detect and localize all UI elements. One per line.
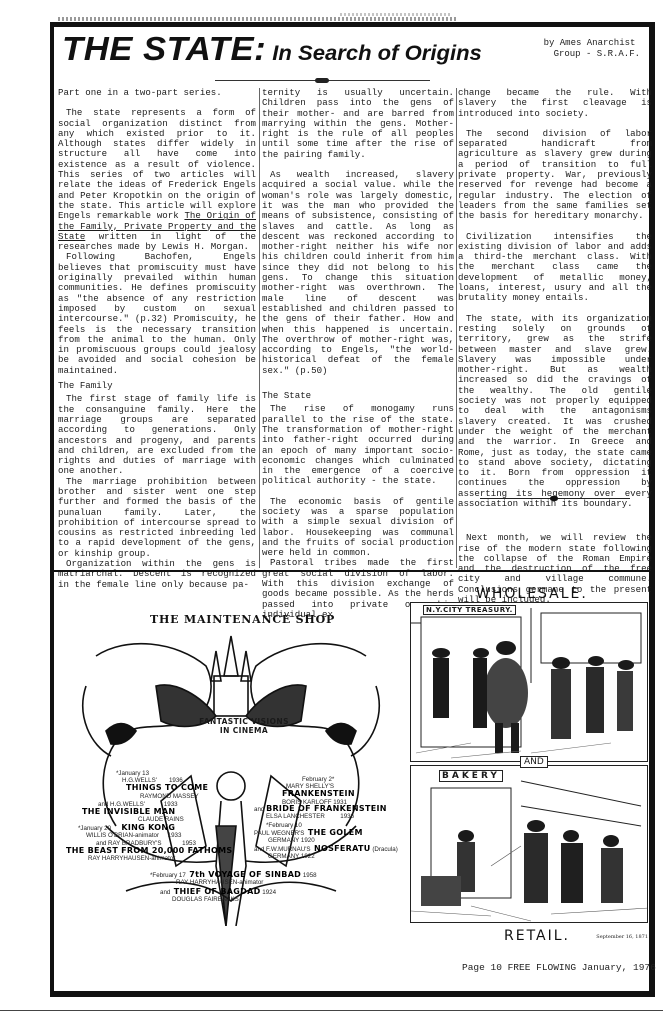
title-main: THE STATE: — [62, 30, 266, 67]
cartoon-caption-bottom: RETAIL. — [504, 928, 570, 944]
column-divider — [456, 88, 457, 568]
ornamental-rule — [215, 80, 430, 81]
article-header: THE STATE: In Search of Origins by Ames … — [60, 30, 650, 72]
scan-artifact — [340, 13, 450, 16]
film-title: 7th VOYAGE OF SINBAD — [189, 870, 301, 879]
paragraph: Civilization intensifies the existing di… — [458, 232, 652, 304]
article-column-1: Part one in a two-part series. The state… — [58, 88, 256, 590]
film-title: NOSFERATU — [314, 844, 371, 853]
film-date: *February 17 — [150, 872, 186, 879]
paragraph: change became the rule. With slavery the… — [458, 88, 652, 119]
paragraph: The second division of labor separated h… — [458, 129, 652, 222]
paragraph: The state represents a form of social or… — [58, 108, 256, 252]
column-divider — [259, 88, 260, 568]
film-year: 1958 — [303, 872, 317, 879]
article-column-3: change became the rule. With slavery the… — [458, 88, 652, 605]
film-note: WILLIS O'BRIAN-animator — [86, 832, 159, 839]
film-title: THE GOLEM — [308, 828, 363, 837]
cartoon-date: September 16, 1871 — [596, 934, 648, 940]
film-credit: and — [254, 806, 264, 813]
film-note: RAY HARRYHAUSEN-animator — [150, 879, 317, 886]
film-title: THE BEAST FROM 20,000 FATHOMS — [66, 846, 232, 855]
cartoon-caption-top: WHOLESALE. — [476, 586, 588, 602]
paragraph: The economic basis of gentile society wa… — [262, 497, 454, 559]
film-year: 1924 — [262, 889, 276, 896]
tagline-line: IN CINEMA — [194, 726, 294, 735]
film-title: THE INVISIBLE MAN — [82, 807, 175, 816]
paragraph: Organization within the gens is matriarc… — [58, 559, 256, 590]
film-year: 1933 — [168, 832, 182, 839]
title-subtitle: In Search of Origins — [266, 42, 482, 65]
byline-line: by Ames Anarchist — [544, 38, 640, 49]
cartoon-panel-wholesale: N.Y.CITY TREASURY. — [410, 602, 648, 762]
film-note: RAY HARRYHAUSEN-animator — [66, 855, 232, 862]
film-listing: and H.G.WELLS' 1933 THE INVISIBLE MAN CL… — [82, 801, 184, 824]
film-title: KING KONG — [121, 823, 175, 832]
film-series-poster: THE MAINTENANCE SHOP FANTASTIC VISIONS I… — [66, 592, 396, 932]
film-title: FRANKENSTEIN — [282, 789, 355, 798]
paragraph: ternity is usually uncertain. Children p… — [262, 88, 454, 160]
cartoon-panel-retail: BAKERY — [410, 765, 648, 923]
political-cartoon: WHOLESALE. N.Y.CITY TREASURY. AND — [406, 586, 652, 954]
page-folio: Page 10 FREE FLOWING January, 1976 — [462, 962, 656, 973]
section-heading: The State — [262, 391, 454, 401]
film-listing: *January 20 KING KONG WILLIS O'BRIAN-ani… — [78, 824, 181, 839]
paragraph: As wealth increased, slavery acquired a … — [262, 170, 454, 376]
film-note: RAYMOND MASSEY — [116, 793, 208, 800]
film-credit: and — [160, 889, 170, 896]
film-listing: February 2* MARY SHELLY'S FRANKENSTEIN B… — [262, 776, 355, 806]
film-listing: and THIEF OF BAGDAD 1924 DOUGLAS FAIRBAN… — [160, 888, 276, 903]
footer-rule — [0, 1010, 663, 1011]
film-note: ELSA LANCHESTER — [266, 813, 325, 820]
paragraph: The marriage prohibition between brother… — [58, 477, 256, 559]
film-listing: and F.W.MURNAU'S NOSFERATU (Dracula) GER… — [254, 845, 398, 860]
treasury-scene-illustration — [411, 603, 648, 762]
film-note: GERMANY 1922 — [254, 853, 398, 860]
scan-artifact — [58, 17, 458, 21]
film-credit: PAUL WEGNER'S — [254, 830, 304, 837]
bakery-scene-illustration — [411, 766, 648, 923]
film-year: 1936 — [340, 813, 354, 820]
film-listing: and RAY BRADBURY'S 1953 THE BEAST FROM 2… — [66, 840, 232, 863]
paragraph: The first stage of family life is the co… — [58, 394, 256, 476]
article-title: THE STATE: In Search of Origins — [62, 30, 482, 68]
film-title: BRIDE OF FRANKENSTEIN — [266, 804, 387, 813]
film-title: THINGS TO COME — [126, 783, 208, 792]
paragraph-text: written in light of the researches made … — [58, 231, 256, 252]
film-listing: *January 13 H.G.WELLS' 1936 THINGS TO CO… — [116, 770, 208, 800]
film-note: DOUGLAS FAIRBANKS — [160, 896, 276, 903]
film-credit: and F.W.MURNAU'S — [254, 846, 311, 853]
byline: by Ames Anarchist Group - S.R.A.F. — [544, 38, 640, 60]
film-listing: *February 10 PAUL WEGNER'S THE GOLEM GER… — [254, 822, 363, 845]
film-title: THIEF OF BAGDAD — [174, 887, 261, 896]
tagline-line: FANTASTIC VISIONS — [194, 717, 294, 726]
series-note: Part one in a two-part series. — [58, 88, 256, 98]
paragraph: The rise of monogamy runs parallel to th… — [262, 404, 454, 486]
film-date: *January 13 — [116, 770, 208, 777]
byline-line: Group - S.R.A.F. — [544, 49, 640, 60]
paragraph: The state, with its organization resting… — [458, 314, 652, 510]
article-column-2: ternity is usually uncertain. Children p… — [262, 88, 454, 620]
film-date: *January 20 — [78, 825, 111, 832]
film-listing: and BRIDE OF FRANKENSTEIN ELSA LANCHESTE… — [254, 805, 387, 820]
bakery-sign: BAKERY — [439, 770, 503, 782]
treasury-sign: N.Y.CITY TREASURY. — [423, 605, 516, 615]
poster-tagline: FANTASTIC VISIONS IN CINEMA — [194, 717, 294, 735]
and-sign: AND — [520, 756, 548, 768]
poster-title: THE MAINTENANCE SHOP — [150, 613, 335, 626]
section-divider — [54, 570, 650, 572]
paragraph: Following Bachofen, Engels believes that… — [58, 252, 256, 376]
film-listing: *February 17 7th VOYAGE OF SINBAD 1958 R… — [150, 871, 317, 886]
film-alt-title: (Dracula) — [372, 846, 397, 853]
paragraph-text: The state represents a form of social or… — [58, 107, 256, 221]
section-heading: The Family — [58, 381, 256, 391]
ornamental-rule — [480, 498, 630, 499]
film-date: February 2* — [262, 776, 355, 783]
